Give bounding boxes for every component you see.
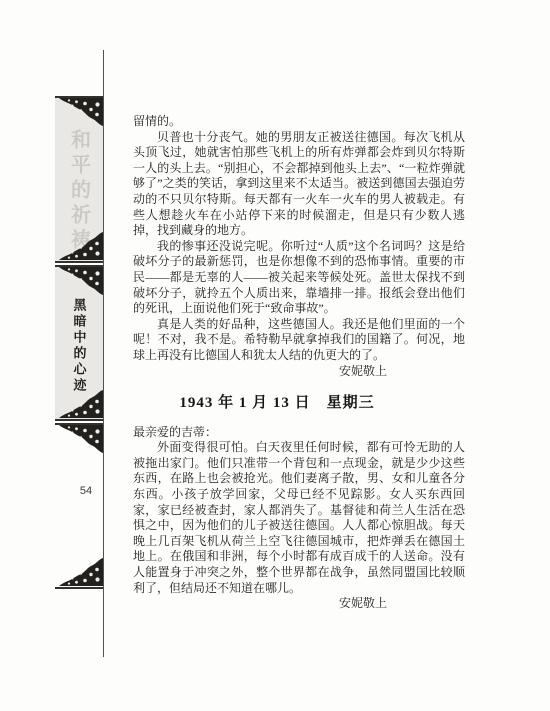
page-content: 留情的。 贝普也十分丧气。她的男朋友正被送往德国。每次飞机从头顶飞过，她就害怕那… [133, 114, 465, 612]
sidebar-vertical-rule [103, 50, 104, 657]
paragraph-continuation: 留情的。 [133, 114, 465, 130]
book-page: 和平的祈祷 黑暗中的心迹 54 留情的。 贝普也十分丧气。她的男朋友正被送往德国… [0, 0, 550, 711]
book-title: 黑暗中的心迹 [70, 298, 89, 394]
floral-corner-ornament-icon [59, 390, 103, 418]
floral-corner-ornament-icon [59, 267, 103, 295]
floral-corner-ornament-icon [59, 425, 103, 453]
floral-corner-ornament-icon [59, 558, 103, 586]
book-title-panel: 黑暗中的心迹 [55, 267, 103, 419]
page-number-panel: 54 [55, 425, 103, 589]
paragraph: 真是人类的好品种，这些德国人。我还是他们里面的一个呢！不对，我不是。希特勒早就拿… [133, 317, 465, 364]
paragraph: 我的惨事还没说完呢。你听过“人质”这个名词吗？这是给破坏分子的最新惩罚，也是你想… [133, 239, 465, 317]
paragraph: 贝普也十分丧气。她的男朋友正被送往德国。每次飞机从头顶飞过，她就害怕那些飞机上的… [133, 130, 465, 239]
letter-signature: 安妮敬上 [133, 596, 465, 612]
series-title-panel: 和平的祈祷 [55, 96, 103, 261]
letter-salutation: 最亲爱的吉蒂： [133, 425, 465, 441]
floral-corner-ornament-icon [59, 232, 103, 260]
paragraph: 外面变得很可怕。白天夜里任何时候，都有可怜无助的人被拖出家门。他们只准带一个背包… [133, 440, 465, 596]
letter-signature: 安妮敬上 [133, 364, 465, 380]
entry-date-heading: 1943 年 1 月 13 日 星期三 [133, 396, 421, 412]
page-number: 54 [55, 485, 103, 497]
floral-corner-ornament-icon [59, 98, 103, 126]
